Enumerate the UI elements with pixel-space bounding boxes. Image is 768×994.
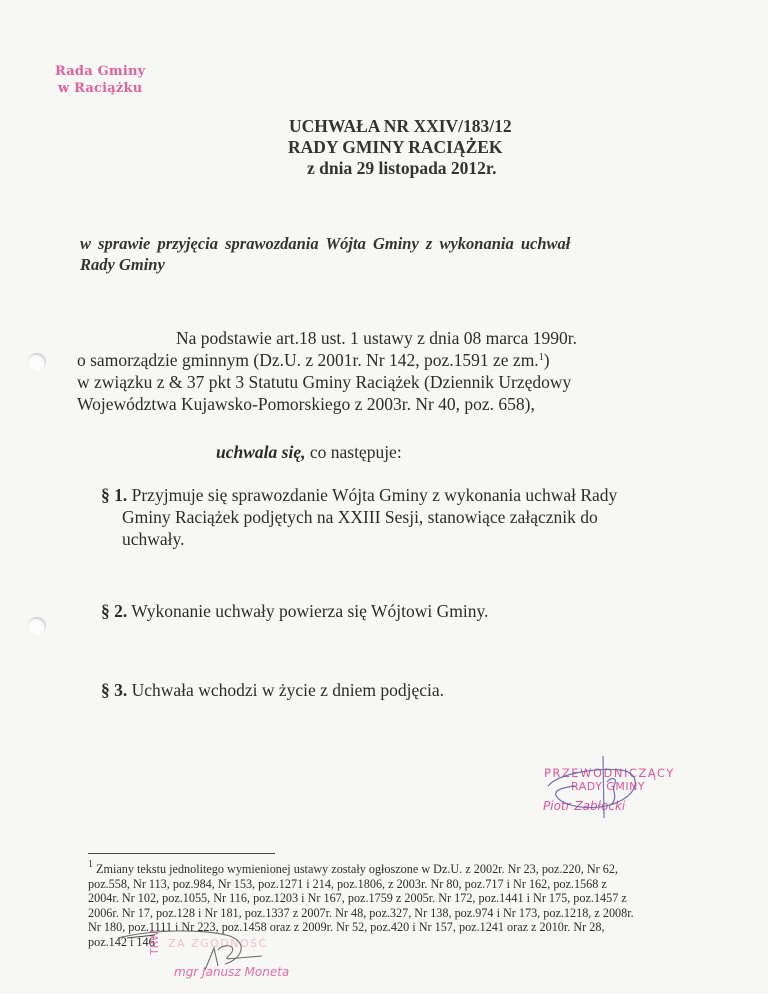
subject-line-2: Rady Gminy [80, 254, 165, 275]
footnote-line-1-text: Zmiany tekstu jednolitego wymienionej us… [93, 862, 618, 876]
paragraph-3-line-1: Uchwała wchodzi w życie z dniem podjęcia… [127, 680, 444, 700]
punch-hole [28, 353, 46, 371]
subject-line-1: w sprawie przyjęcia sprawozdania Wójta G… [80, 233, 570, 254]
paragraph-2-number: § 2. [101, 601, 127, 621]
paragraph-3-number: § 3. [101, 680, 127, 700]
footnote-line-5: Nr 180, poz.1111 i Nr 223, poz.1458 oraz… [88, 920, 605, 935]
council-stamp: Rada Gminy w Raciążku [55, 63, 145, 97]
chairman-stamp-body: RADY GMINY [571, 780, 645, 793]
footnote-line-6: poz.142 i 146 [88, 935, 155, 950]
certification-stamp-vertical: TRW [148, 930, 161, 955]
resolve-clause: uchwala się, co następuje: [216, 441, 402, 463]
resolution-date: z dnia 29 listopada 2012r. [307, 157, 496, 179]
footnote-line-1: 1 Zmiany tekstu jednolitego wymienionej … [88, 862, 618, 877]
chairman-stamp-title: PRZEWODNICZĄCY [544, 766, 675, 780]
paragraph-1: § 1. Przyjmuje się sprawozdanie Wójta Gm… [101, 484, 617, 506]
preamble-line-2-text: o samorządzie gminnym (Dz.U. z 2001r. Nr… [77, 350, 539, 370]
paragraph-2: § 2. Wykonanie uchwały powierza się Wójt… [101, 600, 488, 622]
council-stamp-line1: Rada Gminy [55, 63, 145, 80]
paragraph-3: § 3. Uchwała wchodzi w życie z dniem pod… [101, 679, 444, 701]
council-stamp-line2: w Raciążku [55, 80, 145, 97]
footnote-separator [88, 853, 275, 854]
certification-stamp-name: mgr Janusz Moneta [174, 965, 289, 979]
punch-hole [28, 617, 46, 635]
preamble-line-2-end: ) [544, 350, 550, 370]
resolve-rest: co następuje: [305, 442, 401, 462]
paragraph-1-line-3: uchwały. [122, 528, 185, 550]
preamble-line-4: Województwa Kujawsko-Pomorskiego z 2003r… [77, 393, 535, 415]
preamble-line-3: w związku z & 37 pkt 3 Statutu Gminy Rac… [77, 371, 571, 393]
resolution-body: RADY GMINY RACIĄŻEK [288, 136, 503, 158]
preamble-line-2: o samorządzie gminnym (Dz.U. z 2001r. Nr… [77, 349, 550, 371]
paragraph-2-line-1: Wykonanie uchwały powierza się Wójtowi G… [127, 601, 488, 621]
paragraph-1-line-2: Gminy Raciążek podjętych na XXIII Sesji,… [122, 506, 598, 528]
paragraph-1-number: § 1. [101, 485, 127, 505]
certification-stamp-faint: ZA ZGODNOŚĆ [168, 937, 268, 950]
resolution-title: UCHWAŁA NR XXIV/183/12 [289, 115, 512, 137]
resolve-bold: uchwala się, [216, 442, 305, 462]
chairman-stamp-name: Piotr Zabłocki [543, 799, 625, 813]
paragraph-1-line-1: Przyjmuje się sprawozdanie Wójta Gminy z… [127, 485, 617, 505]
footnote-line-3: 2004r. Nr 102, poz.1055, Nr 116, poz.120… [88, 891, 627, 906]
document-page: Rada Gminy w Raciążku UCHWAŁA NR XXIV/18… [0, 0, 768, 994]
footnote-line-4: 2006r. Nr 17, poz.128 i Nr 181, poz.1337… [88, 906, 634, 921]
preamble-line-1: Na podstawie art.18 ust. 1 ustawy z dnia… [176, 327, 577, 349]
footnote-line-2: poz.558, Nr 113, poz.984, Nr 153, poz.12… [88, 877, 607, 892]
